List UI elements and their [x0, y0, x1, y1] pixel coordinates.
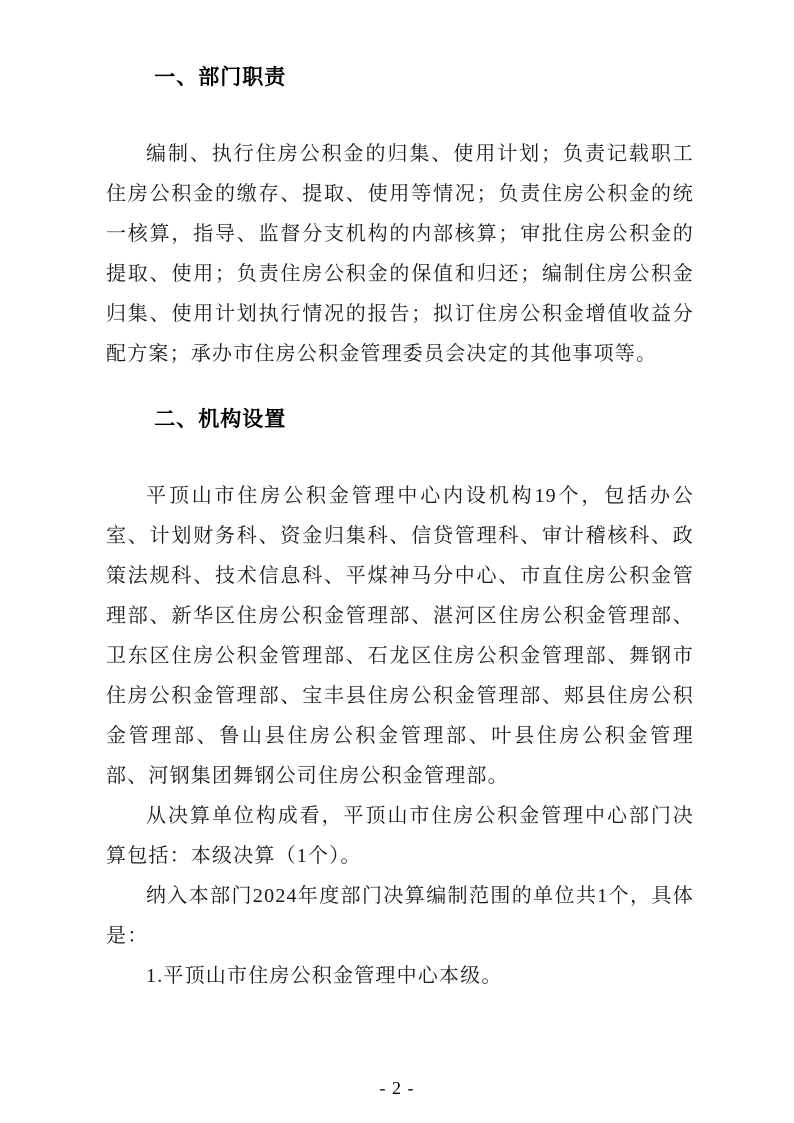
section-heading-duties: 一、部门职责: [106, 64, 694, 92]
page-number: - 2 -: [0, 1078, 794, 1099]
section-heading-organization: 二、机构设置: [106, 406, 694, 434]
section-department-duties: 一、部门职责 编制、执行住房公积金的归集、使用计划；负责记载职工住房公积金的缴存…: [106, 64, 694, 374]
document-page: 一、部门职责 编制、执行住房公积金的归集、使用计划；负责记载职工住房公积金的缴存…: [0, 0, 794, 1123]
final-accounts-composition-paragraph: 从决算单位构成看，平顶山市住房公积金管理中心部门决算包括：本级决算（1个）。: [106, 796, 694, 876]
organization-paragraph: 平顶山市住房公积金管理中心内设机构19个，包括办公室、计划财务科、资金归集科、信…: [106, 476, 694, 796]
units-included-paragraph: 纳入本部门2024年度部门决算编制范围的单位共1个，具体是：: [106, 876, 694, 956]
section-organization-setup: 二、机构设置 平顶山市住房公积金管理中心内设机构19个，包括办公室、计划财务科、…: [106, 406, 694, 996]
unit-list-item: 1.平顶山市住房公积金管理中心本级。: [106, 956, 694, 996]
duties-paragraph: 编制、执行住房公积金的归集、使用计划；负责记载职工住房公积金的缴存、提取、使用等…: [106, 134, 694, 374]
